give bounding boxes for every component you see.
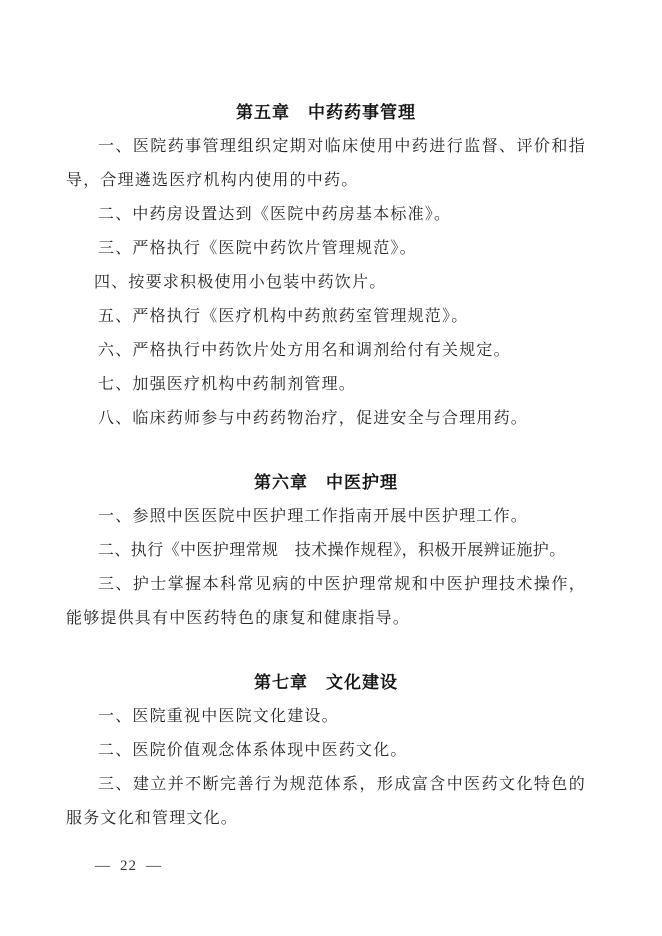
chapter-5-item-5: 五、严格执行《医疗机构中药煎药室管理规范》。 bbox=[66, 300, 586, 334]
footer-dash-left: — bbox=[95, 858, 111, 874]
chapter-5-item-8: 八、临床药师参与中药药物治疗，促进安全与合理用药。 bbox=[66, 402, 586, 436]
chapter-5-item-2: 二、中药房设置达到《医院中药房基本标准》。 bbox=[66, 198, 586, 232]
document-page: 第五章 中药药事管理 一、医院药事管理组织定期对临床使用中药进行监督、评价和指导… bbox=[0, 0, 662, 936]
footer-dash-right: — bbox=[146, 858, 162, 874]
chapter-7-item-2: 二、医院价值观念体系体现中医药文化。 bbox=[66, 734, 586, 768]
chapter-5-item-3: 三、严格执行《医院中药饮片管理规范》。 bbox=[66, 232, 586, 266]
chapter-6-item-3: 三、护士掌握本科常见病的中医护理常规和中医护理技术操作，能够提供具有中医药特色的… bbox=[66, 568, 586, 636]
page-number: 22 bbox=[111, 858, 146, 874]
chapter-6-item-2: 二、执行《中医护理常规 技术操作规程》，积极开展辨证施护。 bbox=[66, 534, 586, 568]
chapter-5-item-4: 四、按要求积极使用小包装中药饮片。 bbox=[66, 266, 586, 300]
chapter-5-title: 第五章 中药药事管理 bbox=[66, 96, 586, 130]
chapter-7-title: 第七章 文化建设 bbox=[66, 666, 586, 700]
page-footer: —22— bbox=[95, 857, 162, 875]
chapter-5-item-6: 六、严格执行中药饮片处方用名和调剂给付有关规定。 bbox=[66, 334, 586, 368]
chapter-5-item-7: 七、加强医疗机构中药制剂管理。 bbox=[66, 368, 586, 402]
chapter-6-title: 第六章 中医护理 bbox=[66, 466, 586, 500]
chapter-7-item-3: 三、建立并不断完善行为规范体系，形成富含中医药文化特色的服务文化和管理文化。 bbox=[66, 768, 586, 836]
chapter-6-item-1: 一、参照中医医院中医护理工作指南开展中医护理工作。 bbox=[66, 500, 586, 534]
chapter-5-item-1: 一、医院药事管理组织定期对临床使用中药进行监督、评价和指导，合理遴选医疗机构内使… bbox=[66, 130, 586, 198]
page-content: 第五章 中药药事管理 一、医院药事管理组织定期对临床使用中药进行监督、评价和指导… bbox=[66, 0, 586, 836]
chapter-7-item-1: 一、医院重视中医院文化建设。 bbox=[66, 700, 586, 734]
